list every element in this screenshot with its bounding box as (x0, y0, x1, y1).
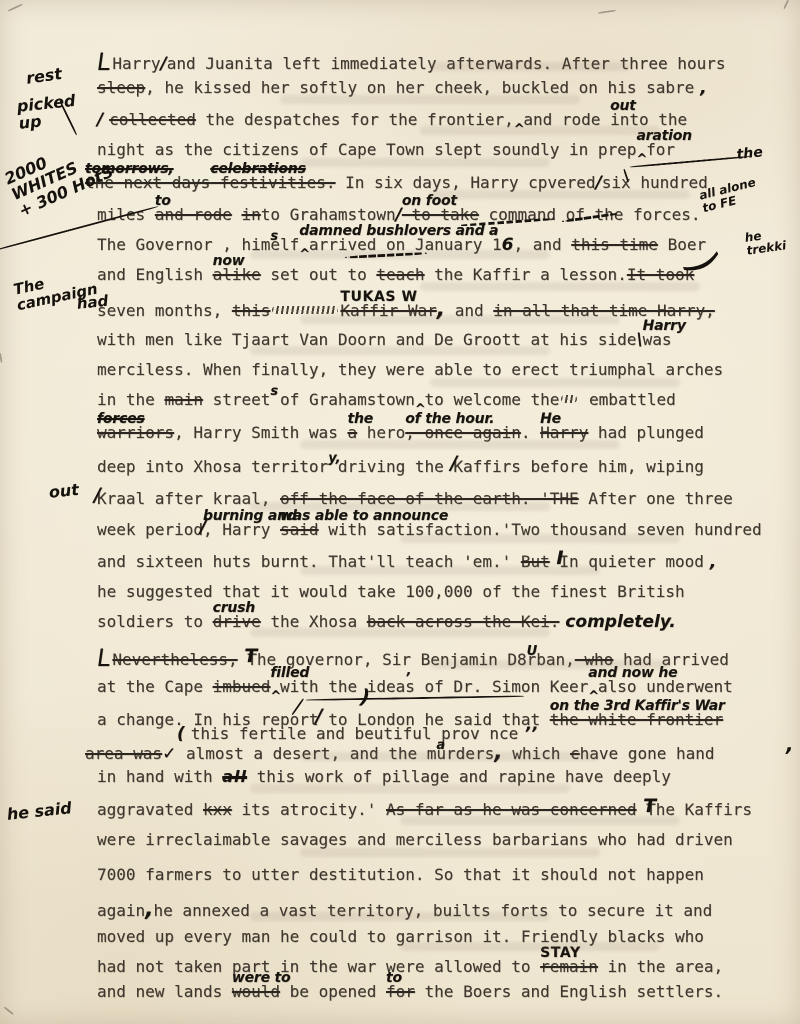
typed-text: have gone hand (580, 744, 715, 763)
hand-mark: completely. (559, 612, 675, 632)
manuscript-line: had not taken part in the war were allow… (97, 957, 723, 976)
manuscript-line: LHarry/and Juanita left immediately afte… (97, 47, 725, 75)
typed-text: aggravated (97, 800, 203, 819)
bleedthrough-smudge (300, 440, 620, 449)
bleedthrough-smudge (300, 566, 600, 575)
struck-typed-text: kxx (203, 800, 232, 819)
manuscript-line: deep into Xhosa territory, driving the /… (97, 455, 704, 477)
pen-stroke (783, 0, 789, 9)
typed-text: Boer (658, 235, 706, 254)
struck-typed-text: teach (376, 265, 424, 284)
typed-text: 7000 farmers to utter destitution. So th… (97, 865, 704, 884)
typed-text: the Boers and English settlers. (415, 982, 723, 1001)
typed-text: set out to (261, 265, 377, 284)
typed-text: deep into Xhosa territor (97, 457, 328, 476)
bleedthrough-smudge (430, 378, 680, 387)
manuscript-line: merciless. When finally, they were able … (97, 360, 723, 379)
bleedthrough-smudge (300, 752, 600, 761)
bleedthrough-smudge (420, 282, 700, 291)
typed-text: in the (97, 390, 164, 409)
typed-text: were irreclaimable savages and merciless… (97, 830, 733, 849)
typed-text: to Grahamstown (261, 205, 396, 224)
scribble-mark (561, 395, 577, 403)
bleedthrough-smudge (300, 315, 620, 324)
typed-text: he suggested that it would take 100,000 … (97, 582, 685, 601)
scribble-mark (272, 306, 338, 314)
typed-text: The Governor , him (97, 235, 270, 254)
hand-mark: , (694, 78, 706, 98)
struck-typed-text: this (232, 301, 271, 320)
typed-text: Harry (112, 54, 160, 73)
bleedthrough-smudge (250, 784, 570, 793)
typed-text: s of Dr. Simon Keer (405, 677, 588, 696)
bleedthrough-smudge (430, 62, 630, 71)
typed-text: week period (97, 520, 203, 539)
handwritten-margin-note: , (786, 734, 794, 756)
pen-stroke (3, 1006, 14, 1015)
struck-typed-text: Nevertheless, (112, 650, 237, 669)
typed-text: embattled (579, 390, 675, 409)
bleedthrough-smudge (420, 126, 660, 135)
handwritten-margin-note: rest (25, 65, 63, 87)
manuscript-line: 7000 farmers to utter destitution. So th… (97, 865, 704, 884)
struck-typed-text: sleep (97, 78, 145, 97)
manuscript-line: at the Cape imbuedfilled^ with the idea’… (97, 677, 733, 696)
manuscript-line: and new lands were towould be opened tof… (97, 982, 723, 1001)
bleedthrough-smudge (400, 942, 660, 951)
bleedthrough-smudge (430, 190, 690, 199)
typed-text: be opened (280, 982, 386, 1001)
bleedthrough-smudge (250, 912, 550, 921)
pen-stroke (0, 353, 3, 363)
typed-text: driving the (328, 457, 453, 476)
handwritten-margin-note: he trekki (744, 226, 787, 257)
typed-text: its atrocity.' (232, 800, 386, 819)
typed-text: merciless. When finally, they were able … (97, 360, 723, 379)
hand-mark: / (97, 110, 109, 130)
bleedthrough-smudge (250, 502, 550, 511)
typed-text: Kaffirs before him, wiping (453, 457, 703, 476)
typed-text: at the Cape (97, 677, 213, 696)
struck-typed-text: in (242, 205, 261, 224)
bleedthrough-smudge (250, 628, 550, 637)
typed-text: had not taken part in the war were allow… (97, 957, 540, 976)
struck-typed-text: imbued (213, 677, 271, 696)
typed-text: and English (97, 265, 213, 284)
typed-text: seven months, (97, 301, 232, 320)
typed-text: After one three (579, 489, 733, 508)
typed-text: and new lands (97, 982, 232, 1001)
typed-text (232, 205, 242, 224)
typed-text: of Grahamstown (270, 390, 415, 409)
handwritten-margin-note: had (76, 293, 109, 312)
manuscript-line: in the main streets of Grahamstown^ to w… (97, 390, 676, 409)
typed-text: in hand with (97, 767, 222, 786)
bleedthrough-smudge (280, 95, 580, 104)
hand-mark: L (95, 48, 112, 76)
typed-text: night as the citizens of Cape Town slept… (97, 140, 636, 159)
bleedthrough-smudge (430, 660, 670, 669)
bleedthrough-smudge (400, 534, 680, 543)
handwritten-margin-note: picked up (16, 92, 78, 132)
hand-mark: L (95, 644, 112, 672)
struck-typed-text: collected (109, 110, 196, 129)
typed-text: street (203, 390, 270, 409)
struck-typed-text: main (164, 390, 203, 409)
hand-mark: ✓ (162, 744, 176, 764)
handwritten-margin-note: the (736, 145, 764, 163)
struck-typed-text: area was (85, 744, 162, 763)
typed-text: soldiers to (97, 612, 213, 631)
bleedthrough-smudge (300, 158, 550, 167)
struck-typed-text: this time (571, 235, 658, 254)
typed-text: in the area, (598, 957, 723, 976)
manuscript-line: were irreclaimable savages and merciless… (97, 830, 733, 849)
manuscript-line: night as the citizens of Cape Town slept… (97, 140, 675, 159)
manuscript-page: LHarry/and Juanita left immediately afte… (0, 0, 800, 1024)
handwritten-margin-note: out (48, 481, 80, 501)
bleedthrough-smudge (300, 848, 600, 857)
typed-text: again (97, 901, 145, 920)
bleedthrough-smudge (250, 346, 550, 355)
bleedthrough-smudge (400, 816, 680, 825)
typed-text: to welcome the (415, 390, 560, 409)
hand-mark: , (704, 552, 716, 572)
handwritten-margin-note: he said (6, 799, 73, 823)
pen-stroke (306, 695, 524, 701)
pen-stroke (8, 3, 23, 12)
pen-stroke (598, 10, 616, 14)
manuscript-line: he suggested that it would take 100,000 … (97, 582, 685, 601)
hand-mark: , (145, 897, 153, 922)
hand-overwrite: all (222, 767, 247, 786)
